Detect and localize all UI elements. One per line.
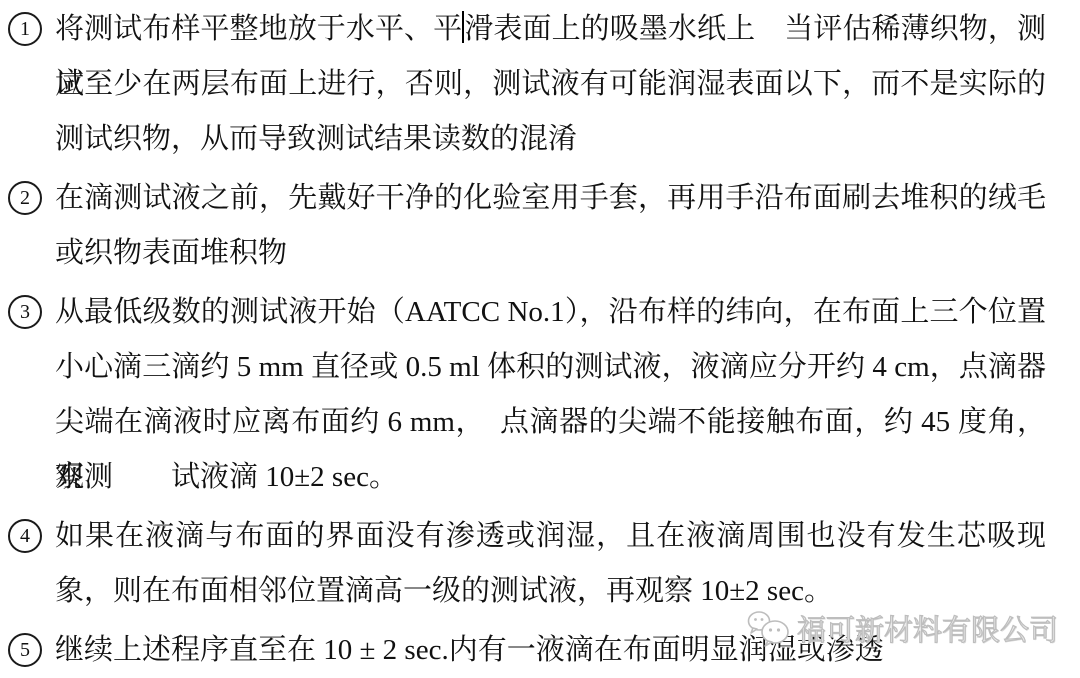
procedure-item-1: 1 将测试布样平整地放于水平、平滑表面上的吸墨水纸上 当评估稀薄织物，测试 应至… [8,2,1046,167]
text-line: 或织物表面堆积物 [55,226,1046,281]
text-line: 察测 试液滴 10±2 sec。 [55,450,1046,505]
text-line: 从最低级数的测试液开始（AATCC No.1），沿布样的纬向，在布面上三个位置 [55,285,1046,340]
text-line: 将测试布样平整地放于水平、平滑表面上的吸墨水纸上 当评估稀薄织物，测试 [55,2,1046,57]
item-1-marker: 1 [8,12,42,46]
item-2-marker: 2 [8,181,42,215]
line-text-before-caret: 将测试布样平整地放于水平、平 [55,13,462,45]
procedure-item-3: 3 从最低级数的测试液开始（AATCC No.1），沿布样的纬向，在布面上三个位… [8,285,1046,505]
text-line: 尖端在滴液时应离布面约 6 mm， 点滴器的尖端不能接触布面，约 45 度角，观 [55,395,1046,450]
text-line: 如果在液滴与布面的界面没有渗透或润湿，且在液滴周围也没有发生芯吸现 [55,509,1046,564]
text-line: 继续上述程序直至在 10 ± 2 sec.内有一液滴在布面明显润湿或渗透 [55,623,1046,678]
item-2-number: 2 [20,188,30,208]
item-5-number: 5 [20,640,30,660]
procedure-item-4: 4 如果在液滴与布面的界面没有渗透或润湿，且在液滴周围也没有发生芯吸现 象，则在… [8,509,1046,619]
item-1-number: 1 [20,19,30,39]
item-4-marker: 4 [8,519,42,553]
procedure-item-5: 5 继续上述程序直至在 10 ± 2 sec.内有一液滴在布面明显润湿或渗透 [8,623,1046,678]
text-line: 象，则在布面相邻位置滴高一级的测试液，再观察 10±2 sec。 [55,564,1046,619]
procedure-item-2: 2 在滴测试液之前，先戴好干净的化验室用手套，再用手沿布面刷去堆积的绒毛 或织物… [8,171,1046,281]
document-page: 1 将测试布样平整地放于水平、平滑表面上的吸墨水纸上 当评估稀薄织物，测试 应至… [0,0,1080,678]
text-line: 应至少在两层布面上进行，否则，测试液有可能润湿表面以下，而不是实际的 [55,57,1046,112]
text-line: 在滴测试液之前，先戴好干净的化验室用手套，再用手沿布面刷去堆积的绒毛 [55,171,1046,226]
item-5-marker: 5 [8,633,42,667]
procedure-list: 1 将测试布样平整地放于水平、平滑表面上的吸墨水纸上 当评估稀薄织物，测试 应至… [0,0,1080,678]
item-3-marker: 3 [8,295,42,329]
text-line: 测试织物，从而导致测试结果读数的混淆 [55,112,1046,167]
text-line: 小心滴三滴约 5 mm 直径或 0.5 ml 体积的测试液，液滴应分开约 4 c… [55,340,1046,395]
item-3-number: 3 [20,302,30,322]
item-4-number: 4 [20,526,30,546]
